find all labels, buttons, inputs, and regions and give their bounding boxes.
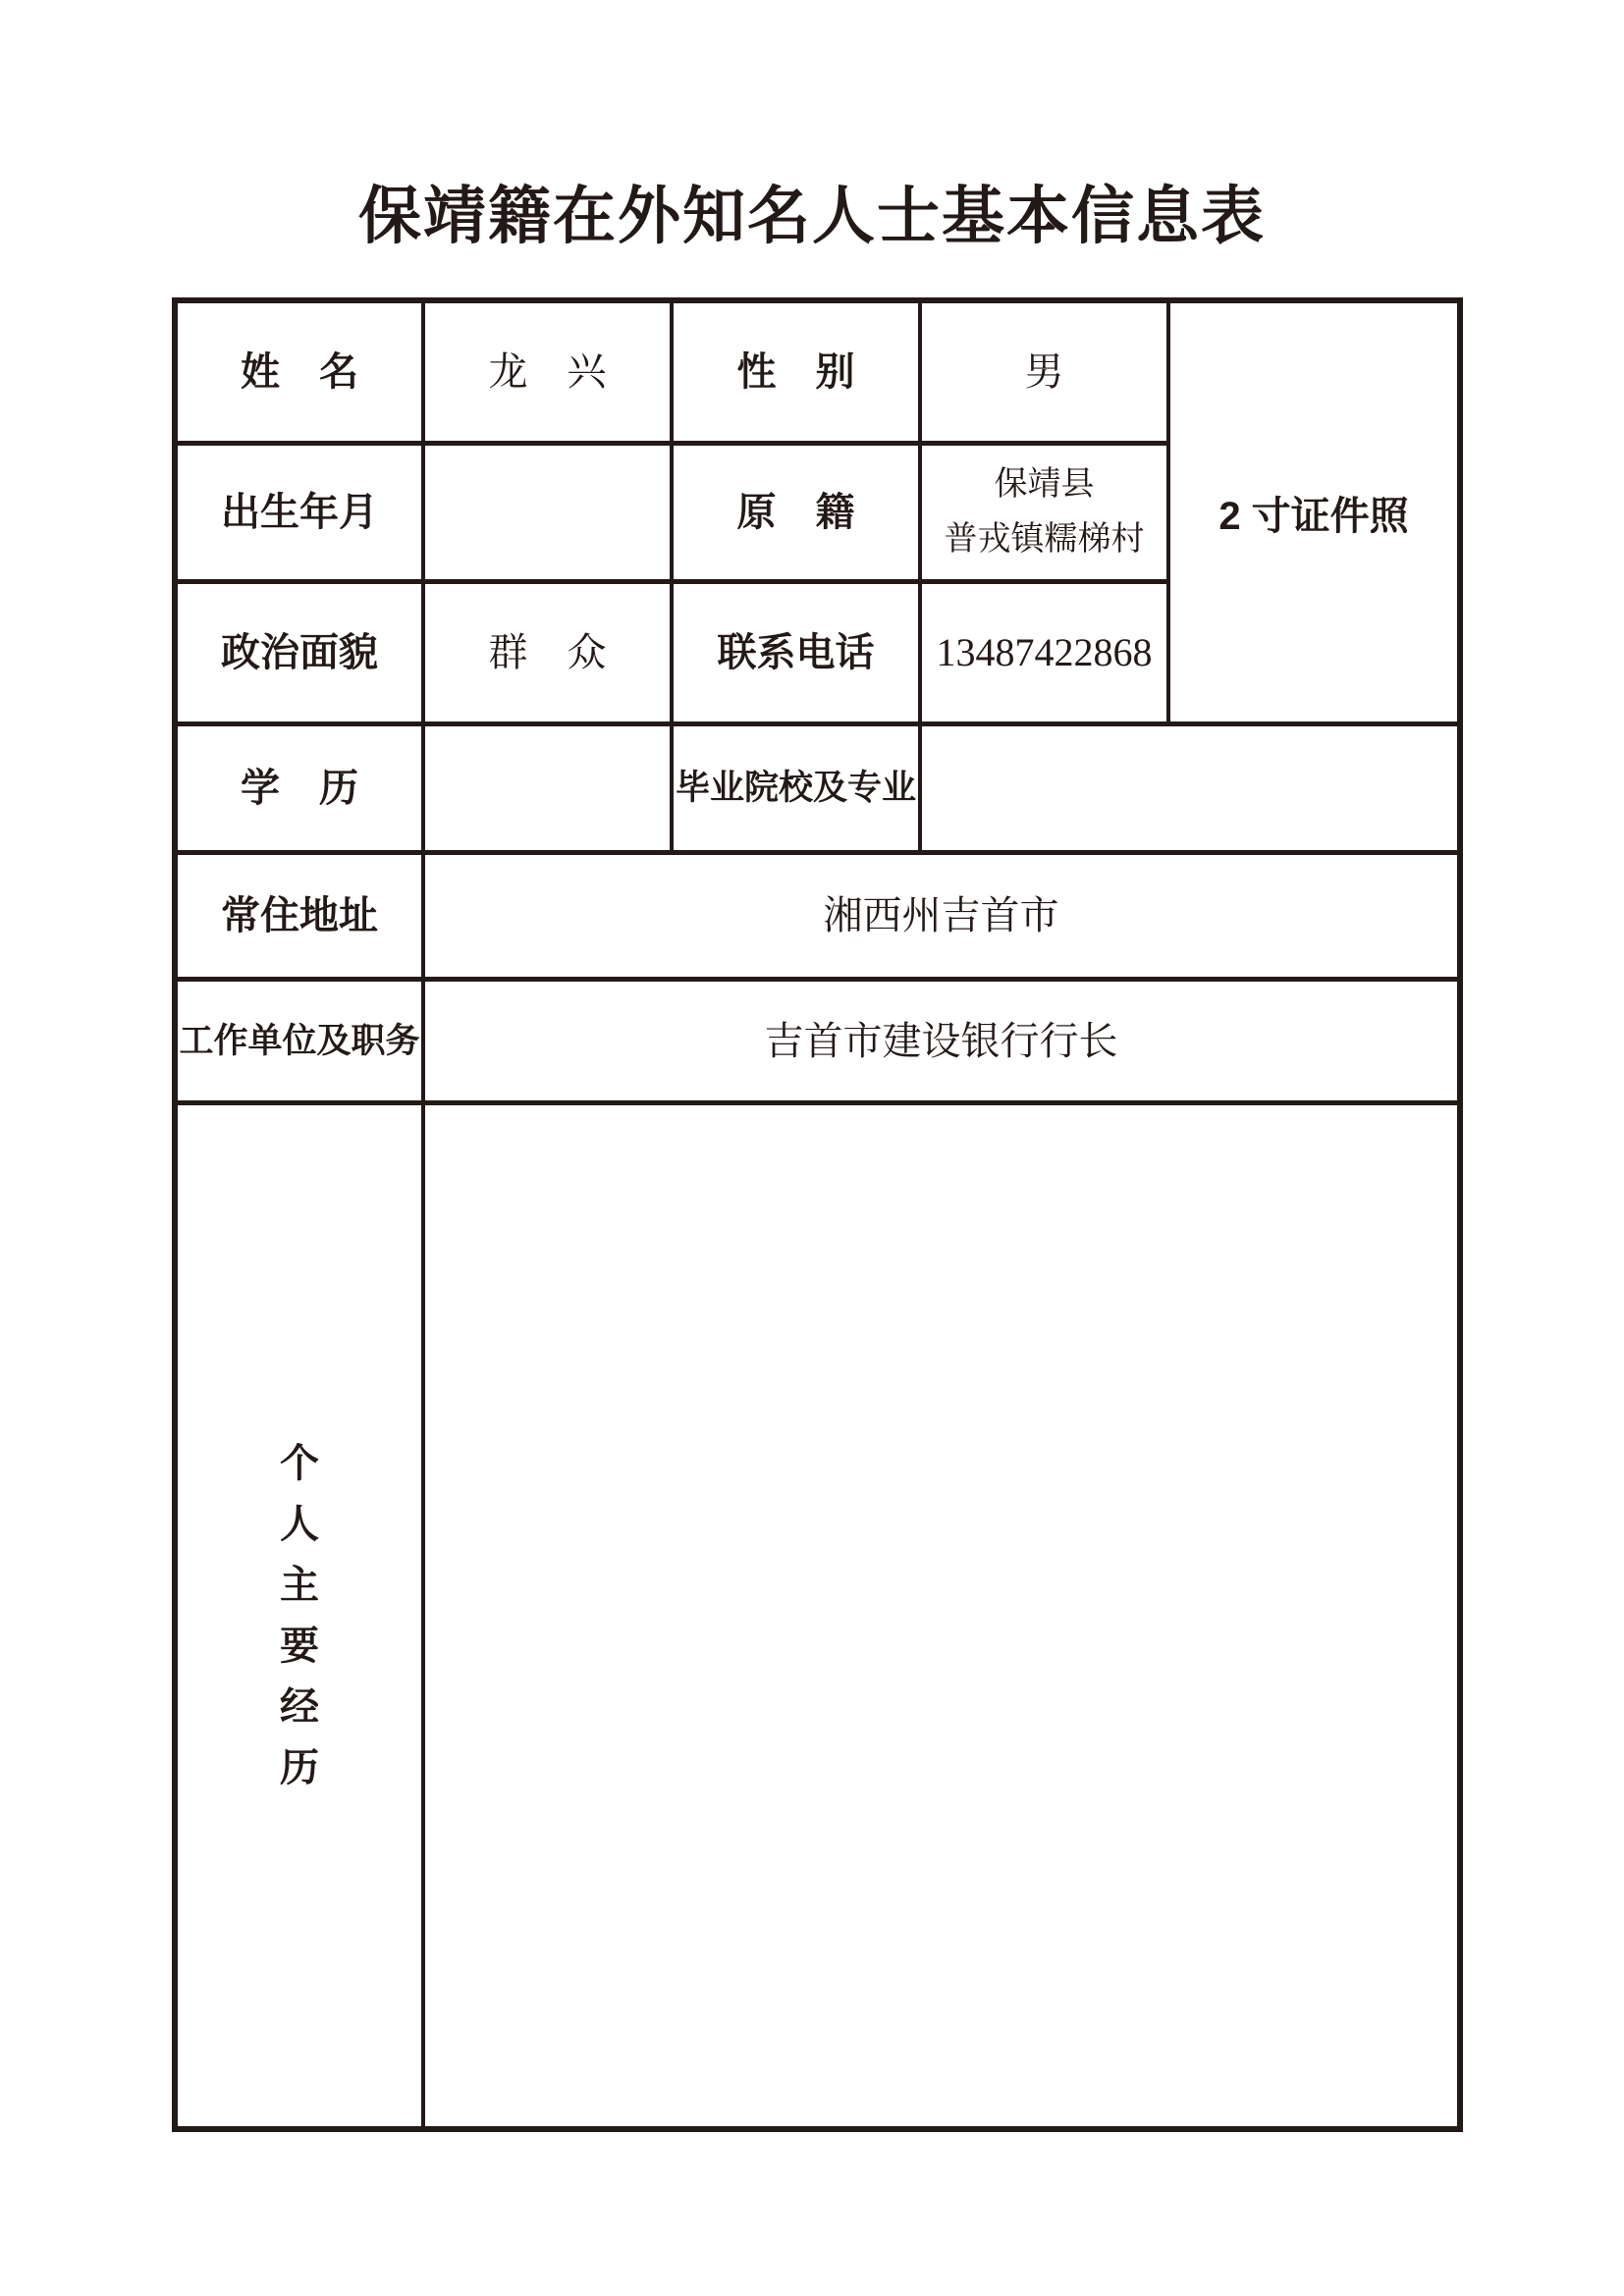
experience-value xyxy=(425,1105,1457,2126)
education-label: 学 历 xyxy=(178,726,425,855)
gender-label: 性 别 xyxy=(674,303,922,446)
school-major-value xyxy=(922,726,1457,855)
page-title: 保靖籍在外知名人士基本信息表 xyxy=(0,183,1624,251)
political-status-label: 政治面貌 xyxy=(178,584,425,726)
work-unit-label: 工作单位及职务 xyxy=(178,982,425,1105)
experience-label: 个 人 主 要 经 历 xyxy=(178,1105,425,2126)
phone-value: 13487422868 xyxy=(922,584,1170,726)
work-unit-value: 吉首市建设银行行长 xyxy=(425,982,1457,1105)
address-label: 常住地址 xyxy=(178,855,425,982)
birth-date-label: 出生年月 xyxy=(178,446,425,584)
birth-date-value xyxy=(425,446,674,584)
school-major-label: 毕业院校及专业 xyxy=(674,726,922,855)
phone-label: 联系电话 xyxy=(674,584,922,726)
info-table: 姓 名 龙 兴 性 别 男 2 寸证件照 出生年月 原 籍 保靖县 普戎镇糯梯村… xyxy=(172,297,1463,2132)
origin-label: 原 籍 xyxy=(674,446,922,584)
document-page: 保靖籍在外知名人士基本信息表 姓 名 龙 兴 性 别 男 2 寸证件照 出生年月… xyxy=(0,0,1624,2296)
political-status-value: 群 众 xyxy=(425,584,674,726)
education-value xyxy=(425,726,674,855)
name-value: 龙 兴 xyxy=(425,303,674,446)
photo-placeholder: 2 寸证件照 xyxy=(1170,303,1457,726)
gender-value: 男 xyxy=(922,303,1170,446)
address-value: 湘西州吉首市 xyxy=(425,855,1457,982)
name-label: 姓 名 xyxy=(178,303,425,446)
origin-value: 保靖县 普戎镇糯梯村 xyxy=(922,446,1170,584)
